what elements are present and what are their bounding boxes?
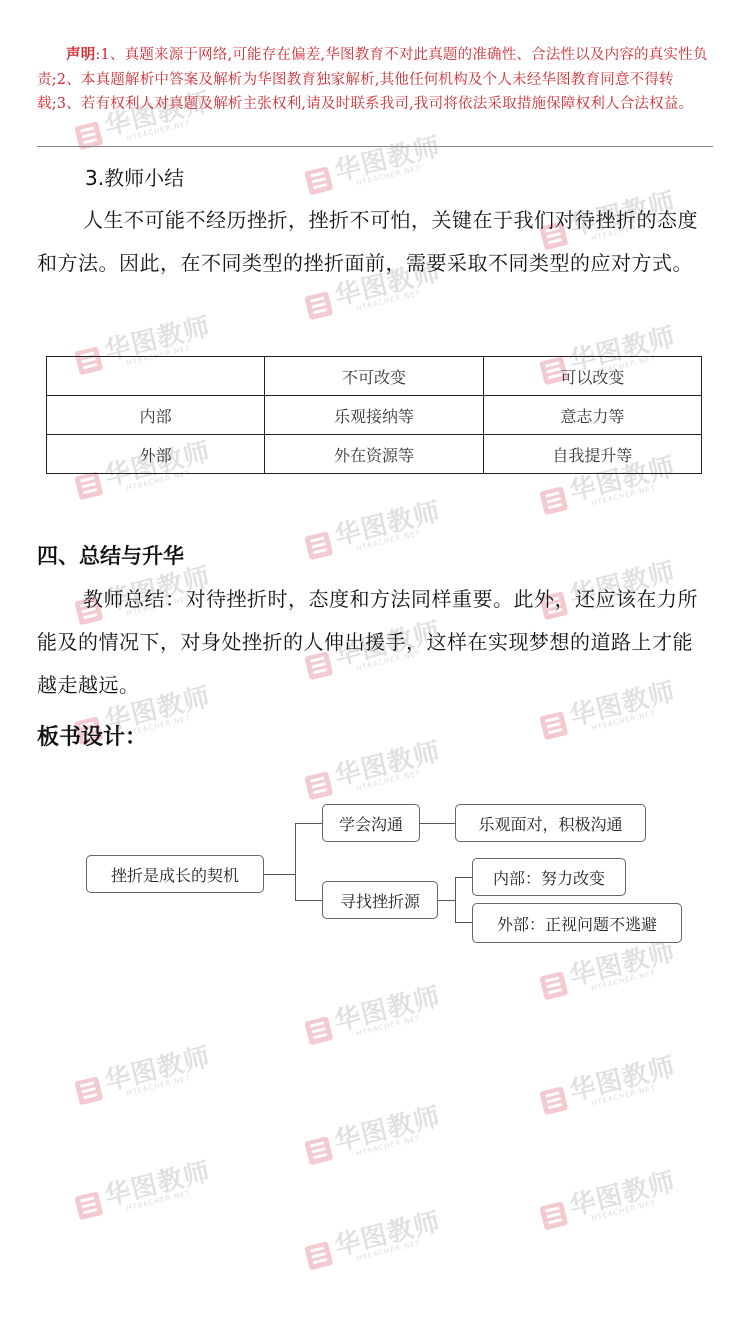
- watermark-logo-icon: [304, 1241, 333, 1270]
- watermark: 华图教师HTEACHER.NET: [303, 984, 445, 1049]
- watermark-logo-icon: [74, 1076, 103, 1105]
- watermark-logo-icon: [304, 1136, 333, 1165]
- section-paragraph: 人生不可能不经历挫折，挫折不可怕，关键在于我们对待挫折的态度和方法。因此，在不同…: [37, 199, 713, 285]
- mindmap-node: 乐观面对，积极沟通: [455, 804, 646, 842]
- summary-paragraph: 教师总结：对待挫折时，态度和方法同样重要。此外，还应该在力所能及的情况下，对身处…: [37, 578, 713, 707]
- disclaimer-text: :1、真题来源于网络,可能存在偏差,华图教育不对此真题的准确性、合法性以及内容的…: [37, 47, 708, 112]
- table-cell: 内部: [47, 396, 265, 435]
- connector: [263, 874, 296, 875]
- watermark-logo-icon: [539, 1086, 568, 1115]
- watermark: 华图教师HTEACHER.NET: [538, 939, 680, 1004]
- table-header-row: 不可改变 可以改变: [47, 357, 702, 396]
- watermark-logo-icon: [304, 291, 333, 320]
- table-header-cell: 可以改变: [483, 357, 701, 396]
- watermark: 华图教师HTEACHER.NET: [538, 1054, 680, 1119]
- connector: [455, 877, 456, 923]
- mindmap-node: 寻找挫折源: [322, 881, 438, 919]
- connector: [295, 823, 296, 901]
- board-design-heading: 板书设计：: [37, 720, 147, 751]
- watermark: 华图教师HTEACHER.NET: [538, 1169, 680, 1234]
- watermark-logo-icon: [539, 971, 568, 1000]
- watermark-logo-icon: [74, 1191, 103, 1220]
- table-cell: 外在资源等: [265, 435, 483, 474]
- divider: [37, 146, 713, 147]
- watermark-logo-icon: [539, 711, 568, 740]
- mindmap-root-node: 挫折是成长的契机: [86, 855, 264, 893]
- watermark-logo-icon: [304, 531, 333, 560]
- connector: [295, 900, 323, 901]
- connector: [438, 900, 456, 901]
- watermark-logo-icon: [74, 471, 103, 500]
- connector: [455, 877, 473, 878]
- table-cell: 乐观接纳等: [265, 396, 483, 435]
- disclaimer-notice: 声明:1、真题来源于网络,可能存在偏差,华图教育不对此真题的准确性、合法性以及内…: [37, 43, 713, 117]
- mindmap-node: 学会沟通: [322, 804, 420, 842]
- connector: [295, 823, 323, 824]
- watermark: 华图教师HTEACHER.NET: [303, 134, 445, 199]
- connector: [455, 922, 473, 923]
- table-cell: 意志力等: [483, 396, 701, 435]
- watermark: 华图教师HTEACHER.NET: [303, 739, 445, 804]
- watermark-logo-icon: [304, 166, 333, 195]
- section-heading: 四、总结与升华: [37, 540, 184, 570]
- watermark: 华图教师HTEACHER.NET: [303, 1209, 445, 1274]
- watermark: 华图教师HTEACHER.NET: [303, 499, 445, 564]
- disclaimer-label: 声明: [66, 46, 95, 63]
- watermark: 华图教师HTEACHER.NET: [73, 1044, 215, 1109]
- watermark-logo-icon: [304, 1016, 333, 1045]
- table-row: 外部 外在资源等 自我提升等: [47, 435, 702, 474]
- table-header-cell: 不可改变: [265, 357, 483, 396]
- connector: [419, 823, 455, 824]
- table-row: 内部 乐观接纳等 意志力等: [47, 396, 702, 435]
- watermark-logo-icon: [304, 771, 333, 800]
- watermark-logo-icon: [539, 1201, 568, 1230]
- mindmap-node: 内部：努力改变: [472, 858, 626, 896]
- watermark: 华图教师HTEACHER.NET: [303, 1104, 445, 1169]
- section-heading: 3.教师小结: [85, 162, 184, 191]
- table-header-cell: [47, 357, 265, 396]
- mindmap-node: 外部：正视问题不逃避: [472, 903, 682, 943]
- coping-table: 不可改变 可以改变 内部 乐观接纳等 意志力等 外部 外在资源等 自我提升等: [46, 356, 702, 474]
- watermark: 华图教师HTEACHER.NET: [73, 1159, 215, 1224]
- table-cell: 外部: [47, 435, 265, 474]
- watermark-logo-icon: [539, 486, 568, 515]
- table-cell: 自我提升等: [483, 435, 701, 474]
